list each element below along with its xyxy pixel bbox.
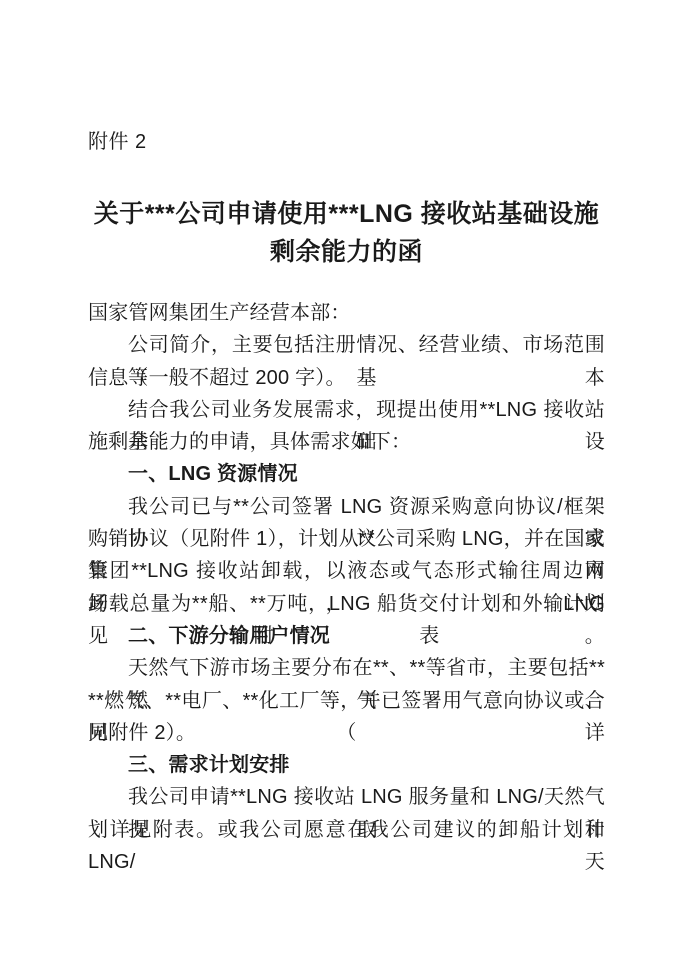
text-line: 结合我公司业务发展需求，现提出使用**LNG 接收站基础设 (88, 394, 605, 426)
text-line: **燃气、**电厂、**化工厂等，并已签署用气意向协议或合同（详 (88, 685, 605, 717)
attachment-label: 附件 2 (88, 132, 605, 152)
paragraph: 公司简介，主要包括注册情况、经营业绩、市场范围等基本信息（一般不超过 200 字… (88, 329, 605, 394)
title-line: 剩余能力的函 (88, 233, 605, 271)
text-line: 国家管网集团生产经营本部： (88, 297, 605, 329)
paragraph: 我公司申请**LNG 接收站 LNG 服务量和 LNG/天然气提取计划详见附表。… (88, 781, 605, 846)
text-line: 一、LNG 资源情况 (88, 458, 605, 490)
text-line: 我公司申请**LNG 接收站 LNG 服务量和 LNG/天然气提取计 (88, 781, 605, 813)
title-line: 关于***公司申请使用***LNG 接收站基础设施 (88, 195, 605, 233)
text-line: 集团**LNG 接收站卸载，以液态或气态形式输往周边市场，LNG (88, 555, 605, 587)
section-heading: 一、LNG 资源情况 (88, 458, 605, 490)
text-line: 天然气下游市场主要分布在**、**等省市，主要包括**燃气、 (88, 652, 605, 684)
text-line: 我公司已与**公司签署 LNG 资源采购意向协议/框架协议或 (88, 491, 605, 523)
text-line: 公司简介，主要包括注册情况、经营业绩、市场范围等基本 (88, 329, 605, 361)
paragraph: 结合我公司业务发展需求，现提出使用**LNG 接收站基础设施剩余能力的申请，具体… (88, 394, 605, 459)
text-line: 三、需求计划安排 (88, 749, 605, 781)
document-content: 附件 2 关于***公司申请使用***LNG 接收站基础设施剩余能力的函 国家管… (88, 0, 605, 846)
paragraph: 天然气下游市场主要分布在**、**等省市，主要包括**燃气、**燃气、**电厂、… (88, 652, 605, 749)
document-page: 附件 2 关于***公司申请使用***LNG 接收站基础设施剩余能力的函 国家管… (0, 0, 680, 962)
text-line: 划详见附表。或我公司愿意在我公司建议的卸船计划和 LNG/天 (88, 814, 605, 846)
paragraph: 我公司已与**公司签署 LNG 资源采购意向协议/框架协议或购销协议（见附件 1… (88, 491, 605, 620)
section-heading: 三、需求计划安排 (88, 749, 605, 781)
paragraph: 国家管网集团生产经营本部： (88, 297, 605, 329)
document-title: 关于***公司申请使用***LNG 接收站基础设施剩余能力的函 (88, 195, 605, 271)
text-line: 购销协议（见附件 1），计划从**公司采购 LNG，并在国家管网 (88, 523, 605, 555)
document-body: 国家管网集团生产经营本部：公司简介，主要包括注册情况、经营业绩、市场范围等基本信… (88, 297, 605, 846)
text-line: 卸载总量为**船、**万吨，LNG 船货交付计划和外输计划见附表。 (88, 588, 605, 620)
